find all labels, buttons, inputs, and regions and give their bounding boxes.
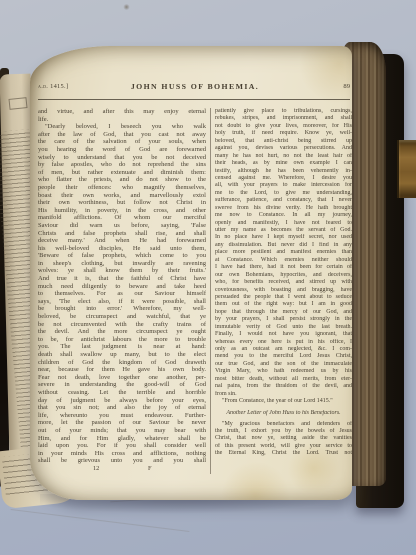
book-page: a.d. 1415.] JOHN HUSS OF BOHEMIA. 89 and… (30, 46, 352, 500)
text-line: from sin. (215, 391, 352, 398)
book-photo: a.d. 1415.] JOHN HUSS OF BOHEMIA. 89 and… (0, 0, 416, 555)
text-line: laid upon you. For if you shall consider… (38, 442, 206, 450)
text-line: sufferance, patience, and constancy, tha… (215, 197, 352, 204)
text-line: be brought into error.' Wherefore, my we… (38, 305, 206, 313)
text-line: whereas every one here is put in his off… (215, 339, 352, 346)
text-line: Virgin Mary, who hath redeemed us by his (215, 368, 352, 375)
text-line: nal pains, from the thraldom of the devi… (215, 383, 352, 390)
text-line: holy truth, if need require. Know ye, we… (215, 130, 352, 137)
text-line: not doubt to give your lives, moreover, … (215, 123, 352, 130)
book-clasp (397, 140, 416, 198)
text-line: wisely to understand that you be not dec… (38, 154, 206, 162)
text-line: without ceasing. Let the terrible and ho… (38, 389, 206, 397)
text-line: I have had there, had it not been for ce… (215, 264, 352, 271)
text-line: the devil. And the more circumspect ye o… (38, 328, 206, 336)
text-line: utter my name as becomes the servant of … (215, 227, 352, 234)
text-line: patiently give place to tribulations, cu… (215, 108, 352, 115)
text-line: out of your minds; that you may bear wit… (38, 427, 206, 435)
text-line: censed against me. Wherefore, I desire y… (215, 175, 352, 182)
text-line: me to the Lord, to give me understanding… (215, 190, 352, 197)
text-line: Finally, I would not have you ignorant, … (215, 331, 352, 338)
text-line: the Eternal King, Christ the Lord. Trust… (215, 450, 352, 457)
text-line: the truth, I exhort you by the bowels of… (215, 428, 352, 435)
text-line: by false apostles, who do not reprehend … (38, 161, 206, 169)
text-line: "My gracious benefactors and defenders o… (215, 421, 352, 428)
text-line: beloved, be circumspect and watchful, th… (38, 313, 206, 321)
text-line: and virtue, and after this may enjoy ete… (38, 108, 206, 116)
text-line: openly and manifestly, I have not feared… (215, 220, 352, 227)
text-line: testify, although he has been vehemently… (215, 168, 352, 175)
text-line: life, whereunto you must endeavour. Furt… (38, 412, 206, 420)
text-line: his well-beloved disciples, He said unto… (38, 245, 206, 253)
left-column: and virtue, and after this may enjoy ete… (38, 108, 206, 474)
signature-mark-left: 12 (93, 465, 99, 472)
text-line: boast their own works, and marvellously … (38, 192, 206, 200)
text-line: hope that through the mercy of our God, … (215, 309, 352, 316)
text-line: at Constance. Which enemies neither shou… (215, 257, 352, 264)
text-line: to themselves. For as our Saviour himsel… (38, 290, 206, 298)
text-line: severe in understanding the good-will of… (38, 381, 206, 389)
text-line: be not circumvented with the crafty trai… (38, 321, 206, 329)
text-line: wolves: ye shall know them by their frui… (38, 267, 206, 275)
text-line: that you sin not; and also the joy of et… (38, 404, 206, 412)
text-line: many he has not hurt, no not the least h… (215, 153, 352, 160)
text-line: most bitter death, without all merits, f… (215, 376, 352, 383)
header-rule (38, 99, 350, 100)
text-line: to be, for antichrist labours the more t… (38, 336, 206, 344)
text-line: you. The last judgment is near at hand: (38, 343, 206, 351)
text-line: by your prayers, I shall persist strongl… (215, 316, 352, 323)
text-line: deceive many.' And when He had forewarne… (38, 237, 206, 245)
page-number: 89 (343, 83, 350, 90)
text-line: who flatter the priests, and do not show… (38, 176, 206, 184)
signature-mark-right: F (148, 465, 152, 472)
text-line: life. (38, 116, 206, 124)
text-line: children of God the kingdom of God drawe… (38, 359, 206, 367)
text-line: much need diligently to beware and take … (38, 283, 206, 291)
page-title: JOHN HUSS OF BOHEMIA. (38, 82, 352, 91)
text-line: their heads, as by mine own example I ca… (215, 160, 352, 167)
text-line: persuaded the people that I went about t… (215, 294, 352, 301)
signature-row: 12F (38, 465, 206, 474)
text-line: after the law of God, that you cast not … (38, 131, 206, 139)
background-speck (123, 4, 130, 10)
text-line: the care of the salvation of your souls,… (38, 138, 206, 146)
text-line: them out of the right way: but I am in g… (215, 301, 352, 308)
text-line: And true it is, that the faithful of Chr… (38, 275, 206, 283)
page-content: a.d. 1415.] JOHN HUSS OF BOHEMIA. 89 and… (38, 82, 352, 94)
text-line: immutable verity of God unto the last br… (215, 324, 352, 331)
text-line: of men, but rather extenuate and diminis… (38, 169, 206, 177)
running-header: a.d. 1415.] JOHN HUSS OF BOHEMIA. 89 (38, 82, 352, 94)
text-line: in sheep's clothing, but inwardly are ra… (38, 260, 206, 268)
text-line: manifold afflictions. Of whom our mercif… (38, 214, 206, 222)
text-line: shall be grievous unto you and you shall (38, 457, 206, 465)
text-line: "Dearly beloved, I beseech you who walk (38, 123, 206, 131)
text-line: people their offences: who magnify thems… (38, 184, 206, 192)
text-line: me now to Constance. In all my journey, (215, 212, 352, 219)
text-line: beloved, that anti-christ being stirred … (215, 138, 352, 145)
text-line: our own Bohemians, hypocrites, and decei… (215, 272, 352, 279)
text-line: day of judgment be always before your ey… (38, 397, 206, 405)
text-line: Fear not death, love together one anothe… (38, 374, 206, 382)
text-line: more, let the passion of our Saviour be … (38, 419, 206, 427)
text-line: Another Letter of John Huss to his Benef… (215, 410, 352, 418)
text-line: "From Constance, the year of our Lord 14… (215, 398, 352, 405)
text-line: Saviour did warn us before, saying, 'Fal… (38, 222, 206, 230)
text-line: place more pestilent and manifest enemie… (215, 249, 352, 256)
column-divider-rule (210, 108, 211, 474)
text-line: In no place have I kept myself secret, n… (215, 234, 352, 241)
text-line: their own worthiness, but follow not Chr… (38, 199, 206, 207)
text-line: Christs and false prophets shall rise, a… (38, 230, 206, 238)
text-line: near, because for them He gave his own b… (38, 366, 206, 374)
text-line: Him, and for Him gladly, whatever shall … (38, 435, 206, 443)
text-line: any dissimulation. But never did I find … (215, 242, 352, 249)
text-line: of this present world, will give your se… (215, 443, 352, 450)
facing-page-header-box (8, 97, 27, 110)
text-line: only as an outcast am neglected, &c. I c… (215, 346, 352, 353)
text-line: our true God, and the son of the immacul… (215, 361, 352, 368)
text-line: all, with your prayers to make intercess… (215, 182, 352, 189)
right-column: patiently give place to tribulations, cu… (215, 108, 352, 458)
text-line: mend you to the merciful Lord Jesus Chri… (215, 353, 352, 360)
text-line: against you, devises various persecution… (215, 145, 352, 152)
text-line: in your minds His cross and afflictions,… (38, 450, 206, 458)
text-line: Christ, that now ye, setting aside the v… (215, 435, 352, 442)
text-line: covetousness, with boasting and bragging… (215, 287, 352, 294)
text-line: 'Beware of false prophets, which come to… (38, 252, 206, 260)
text-line: you hearing the word of God are forewarn… (38, 146, 206, 154)
text-line: death shall swallow up many, but to the … (38, 351, 206, 359)
text-line: His humility, in poverty, in the cross, … (38, 207, 206, 215)
text-line: who, for benefits received, and stirred … (215, 279, 352, 286)
text-line: rebukes, stripes, and imprisonment, and … (215, 115, 352, 122)
text-line: says, 'The elect also, if it were possib… (38, 298, 206, 306)
text-line: swerve from his divine verity. He hath b… (215, 205, 352, 212)
